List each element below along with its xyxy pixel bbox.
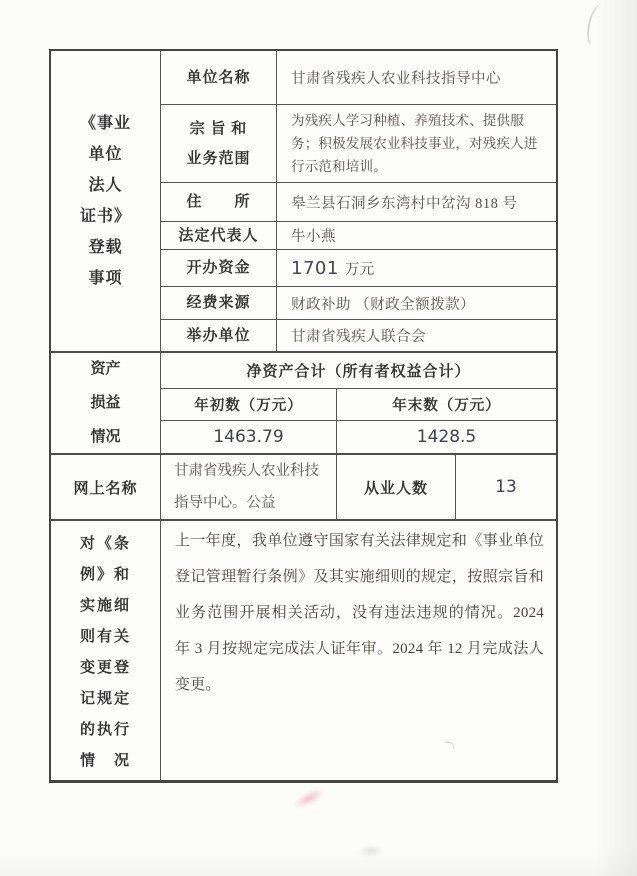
opening-capital-number: 1701 [291,258,339,279]
row-opening-capital: 开办资金 1701 万元 [161,250,556,287]
online-name-value: 甘肃省残疾人农业科技指导中心。公益 [161,455,337,519]
assets-section: 资产 损益 情况 净资产合计（所有者权益合计） 年初数（万元） 年末数（万元） … [51,353,556,455]
registration-table: 《事业 单位 法人 证书》 登载 事项 单位名称 甘肃省残疾人农业科技指导中心 … [49,49,558,783]
staff-count-label: 从业人数 [337,455,456,519]
opening-capital-unit: 万元 [345,258,375,279]
begin-year-value: 1463.79 [161,421,337,453]
certificate-section: 《事业 单位 法人 证书》 登载 事项 单位名称 甘肃省残疾人农业科技指导中心 … [51,51,556,353]
unit-name-label: 单位名称 [161,51,277,104]
row-funding-source: 经费来源 财政补助 （财政全额拨款） [161,287,556,320]
sponsor-unit-value: 甘肃省残疾人联合会 [277,320,556,351]
sponsor-unit-label: 举办单位 [161,320,277,351]
compliance-statement: 上一年度，我单位遵守国家有关法律规定和《事业单位登记管理暂行条例》及其实施细则的… [161,521,556,780]
row-sponsor-unit: 举办单位 甘肃省残疾人联合会 [161,320,556,351]
mission-label: 宗 旨 和 业务范围 [161,105,277,182]
assets-grid: 净资产合计（所有者权益合计） 年初数（万元） 年末数（万元） 1463.79 1… [161,353,556,453]
assets-header-row: 年初数（万元） 年末数（万元） [161,389,556,421]
address-label: 住 所 [161,183,277,221]
online-name-section: 网上名称 甘肃省残疾人农业科技指导中心。公益 从业人数 13 [51,455,556,521]
scanned-document-page: { "doc": { "certificate": { "side_title"… [0,0,637,876]
funding-source-label: 经费来源 [161,287,277,319]
certificate-rows: 单位名称 甘肃省残疾人农业科技指导中心 宗 旨 和 业务范围 为残疾人学习种植、… [161,51,556,351]
scan-paper-crease [585,3,609,47]
scan-gray-smudge [358,845,384,857]
scan-edge-shade-right [595,0,637,876]
address-value: 皋兰县石洞乡东湾村中岔沟 818 号 [277,183,556,221]
row-unit-name: 单位名称 甘肃省残疾人农业科技指导中心 [161,51,556,105]
end-year-value: 1428.5 [337,421,556,453]
row-mission: 宗 旨 和 业务范围 为残疾人学习种植、养殖技术、提供服务；积极发展农业科技事业… [161,105,556,183]
scan-edge-shade-bottom [0,846,637,876]
compliance-section: 对《条 例》和 实施细 则有关 变更登 记规定 的执行 情 况 上一年度，我单位… [51,521,556,780]
opening-capital-value: 1701 万元 [277,250,556,286]
funding-source-value: 财政补助 （财政全额拨款） [277,287,556,319]
legal-representative-value: 牛小燕 [277,222,556,249]
row-legal-representative: 法定代表人 牛小燕 [161,222,556,250]
row-address: 住 所 皋兰县石洞乡东湾村中岔沟 818 号 [161,183,556,222]
net-assets-header: 净资产合计（所有者权益合计） [161,353,556,389]
begin-year-header: 年初数（万元） [161,389,337,420]
unit-name-value: 甘肃省残疾人农业科技指导中心 [277,51,556,104]
end-year-header: 年末数（万元） [337,389,556,420]
staff-count-value: 13 [456,455,556,519]
opening-capital-label: 开办资金 [161,250,277,286]
compliance-side-label: 对《条 例》和 实施细 则有关 变更登 记规定 的执行 情 况 [51,521,161,780]
assets-value-row: 1463.79 1428.5 [161,421,556,453]
scan-pink-smudge [291,785,327,812]
mission-value: 为残疾人学习种植、养殖技术、提供服务；积极发展农业科技事业，对残疾人进行示范和培… [277,105,556,182]
assets-side-label: 资产 损益 情况 [51,353,161,453]
legal-representative-label: 法定代表人 [161,222,277,249]
certificate-side-title: 《事业 单位 法人 证书》 登载 事项 [51,51,161,351]
online-name-label: 网上名称 [51,455,161,519]
